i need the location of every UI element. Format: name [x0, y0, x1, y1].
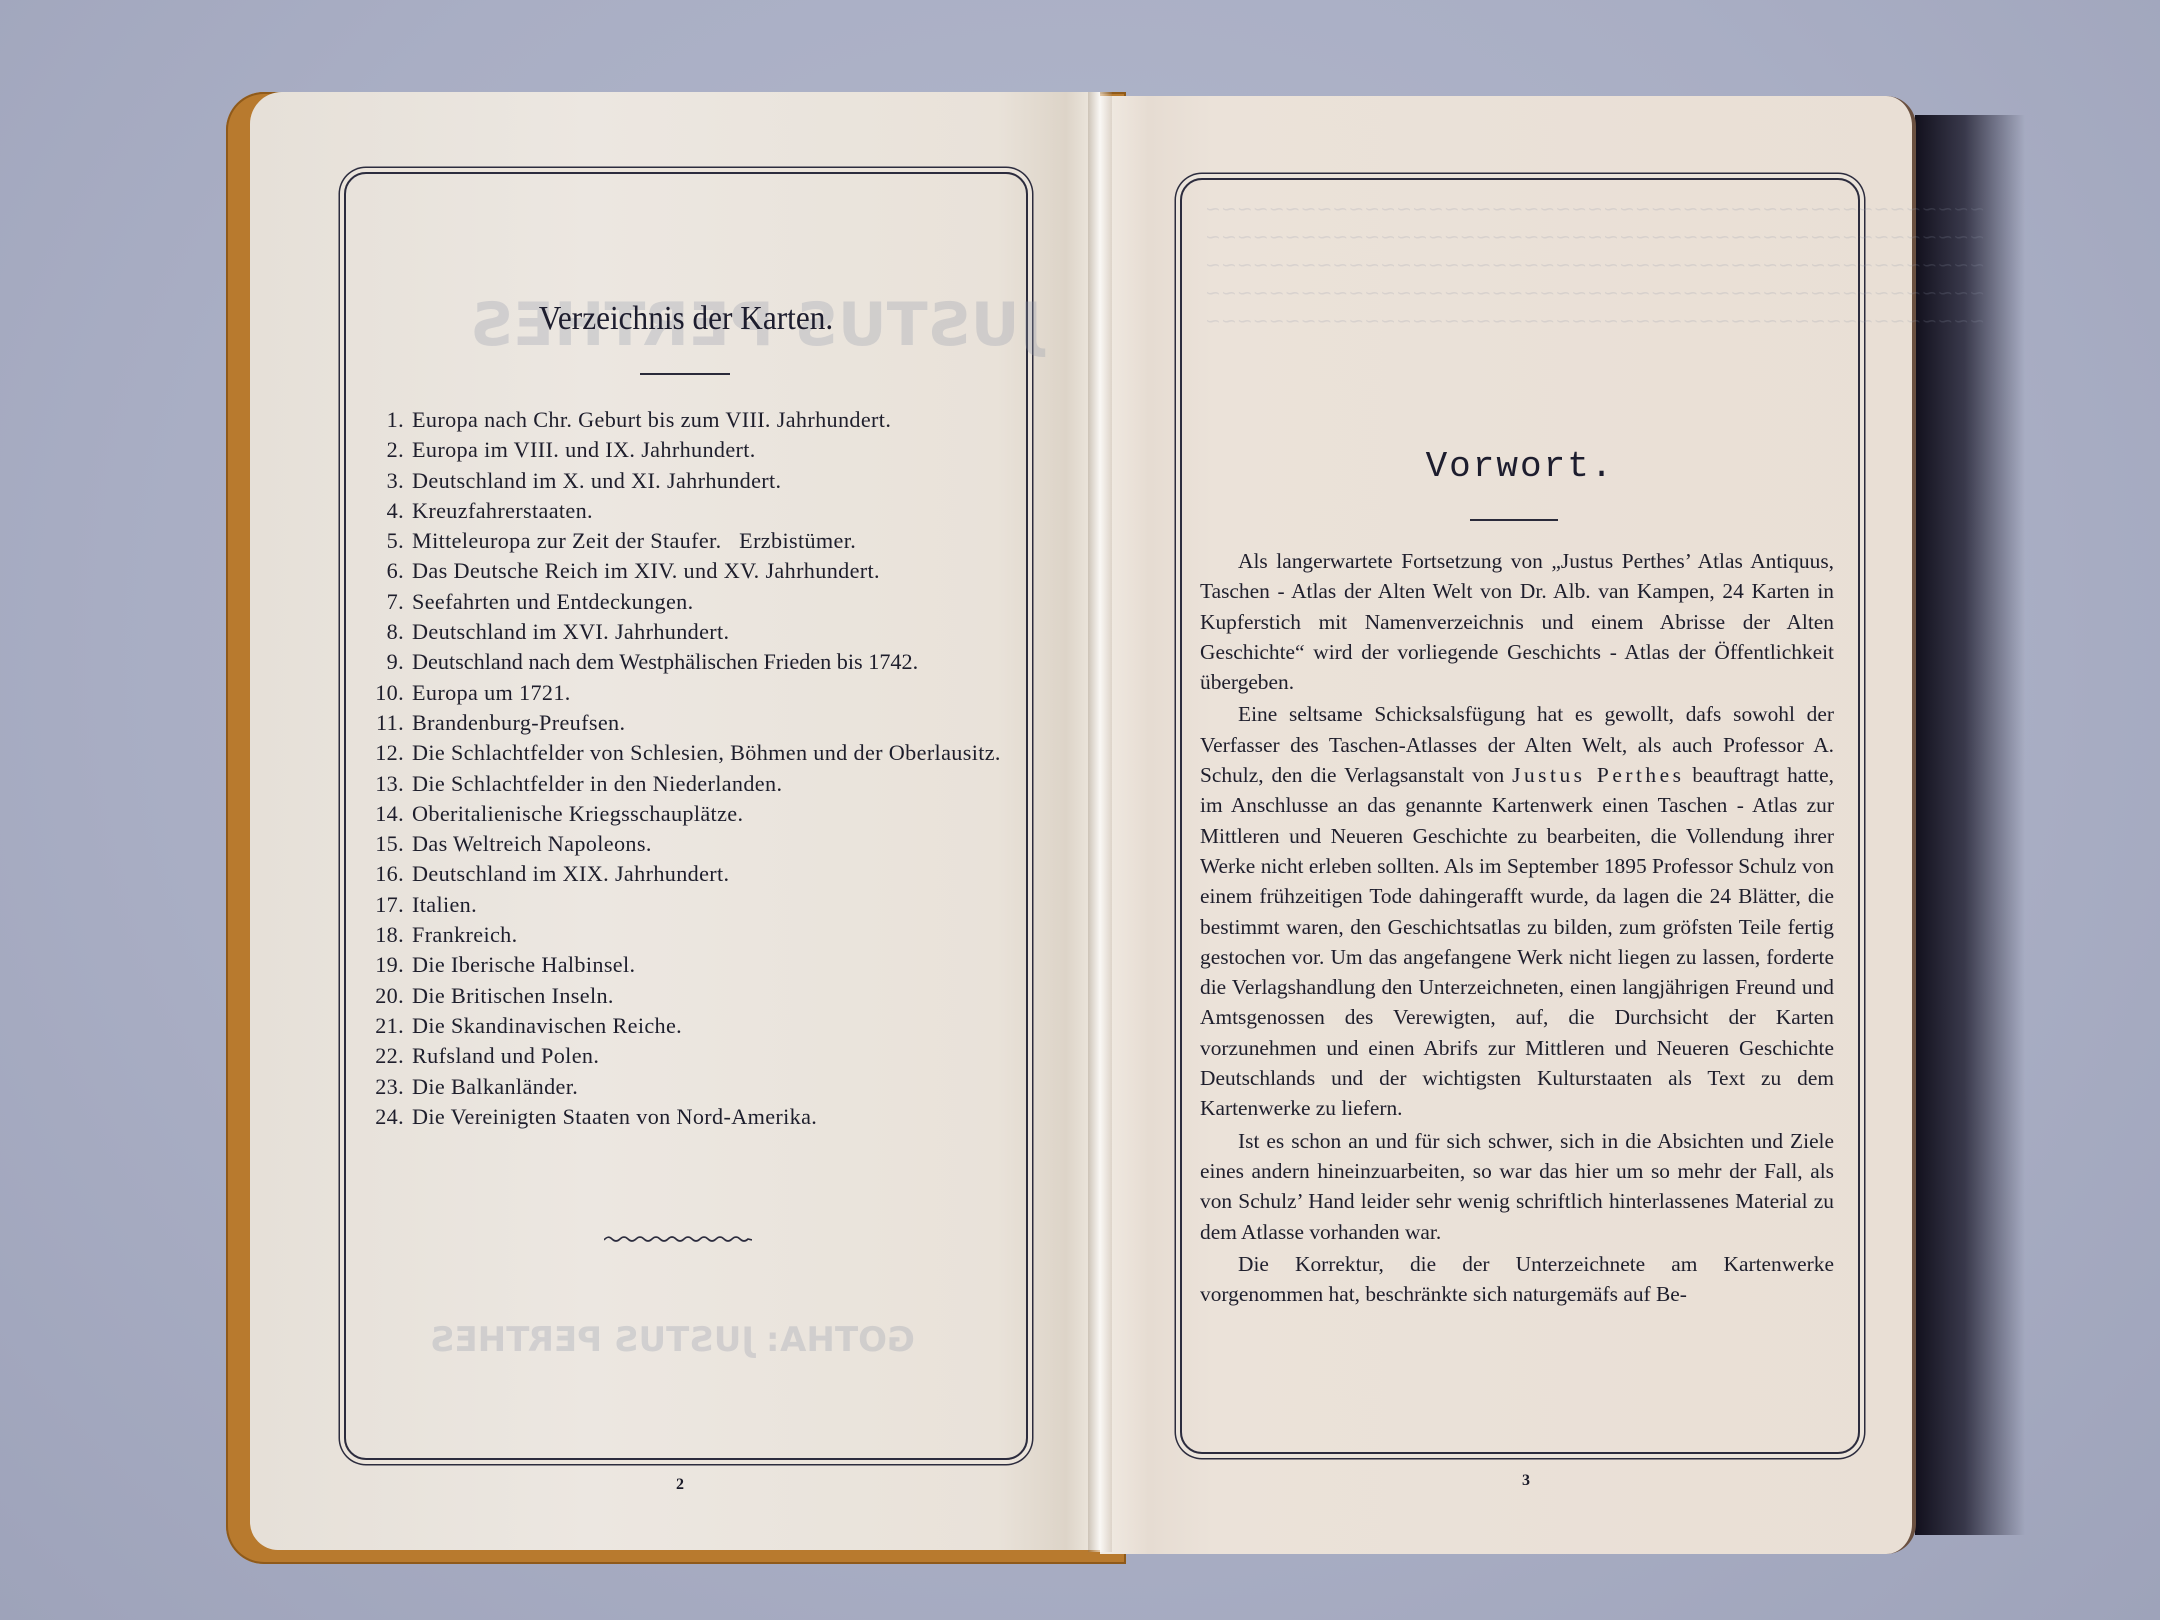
map-list-item: 17.Italien.	[360, 890, 1010, 920]
map-list-item: 23.Die Balkanländer.	[360, 1072, 1010, 1102]
map-list-item: 12.Die Schlachtfelder von Schlesien, Böh…	[360, 738, 1010, 768]
map-list: 1.Europa nach Chr. Geburt bis zum VIII. …	[360, 405, 1010, 1132]
title-rule	[640, 373, 730, 375]
preface-paragraph: Als langerwartete Fortsetzung von „Justu…	[1200, 546, 1834, 697]
map-list-item: 8.Deutschland im XVI. Jahrhundert.	[360, 617, 1010, 647]
map-list-item: 11.Brandenburg-Preufsen.	[360, 708, 1010, 738]
map-list-item: 7.Seefahrten und Entdeckungen.	[360, 587, 1010, 617]
map-list-item: 2.Europa im VIII. und IX. Jahrhundert.	[360, 435, 1010, 465]
preface-body-text: Als langerwartete Fortsetzung von „Justu…	[1200, 546, 1834, 1309]
page-title-contents: Verzeichnis der Karten.	[371, 300, 1000, 338]
preface-paragraph: Ist es schon an und für sich schwer, sic…	[1200, 1126, 1834, 1247]
title-rule	[1470, 519, 1558, 521]
page-number-left: 2	[676, 1476, 684, 1494]
map-list-item: 13.Die Schlachtfelder in den Niederlande…	[360, 769, 1010, 799]
map-list-item: 9.Deutschland nach dem Westphälischen Fr…	[360, 647, 1010, 677]
map-list-item: 1.Europa nach Chr. Geburt bis zum VIII. …	[360, 405, 1010, 435]
map-list-item: 24.Die Vereinigten Staaten von Nord-Amer…	[360, 1102, 1010, 1132]
wavy-ornament-divider	[604, 1234, 752, 1244]
map-list-item: 10.Europa um 1721.	[360, 678, 1010, 708]
map-list-item: 3.Deutschland im X. und XI. Jahrhundert.	[360, 466, 1010, 496]
publisher-name-spaced: Justus Perthes	[1512, 763, 1684, 787]
map-list-item: 18.Frankreich.	[360, 920, 1010, 950]
map-list-item: 5.Mitteleuropa zur Zeit der Staufer. Erz…	[360, 526, 1010, 556]
map-list-item: 14.Oberitalienische Kriegsschauplätze.	[360, 799, 1010, 829]
show-through-text: ~~~~~~~~~~~~~~~~~~~~~~~~~~~~~~~~~~~~~~~~…	[1205, 195, 1985, 335]
map-list-item: 6.Das Deutsche Reich im XIV. und XV. Jah…	[360, 556, 1010, 586]
book-gutter	[1088, 92, 1112, 1552]
preface-paragraph: Die Korrektur, die der Unterzeichnete am…	[1200, 1249, 1834, 1310]
map-list-item: 22.Rufsland und Polen.	[360, 1041, 1010, 1071]
page-title-preface: Vorwort.	[1180, 446, 1860, 487]
map-list-item: 4.Kreuzfahrerstaaten.	[360, 496, 1010, 526]
page-number-right: 3	[1522, 1472, 1530, 1490]
map-list-item: 20.Die Britischen Inseln.	[360, 981, 1010, 1011]
map-list-item: 19.Die Iberische Halbinsel.	[360, 950, 1010, 980]
map-list-item: 21.Die Skandinavischen Reiche.	[360, 1011, 1010, 1041]
map-list-item: 15.Das Weltreich Napoleons.	[360, 829, 1010, 859]
map-list-item: 16.Deutschland im XIX. Jahrhundert.	[360, 859, 1010, 889]
show-through-text: GOTHA: JUSTUS PERTHES	[430, 1320, 915, 1360]
preface-paragraph: Eine seltsame Schicksalsfügung hat es ge…	[1200, 699, 1834, 1123]
